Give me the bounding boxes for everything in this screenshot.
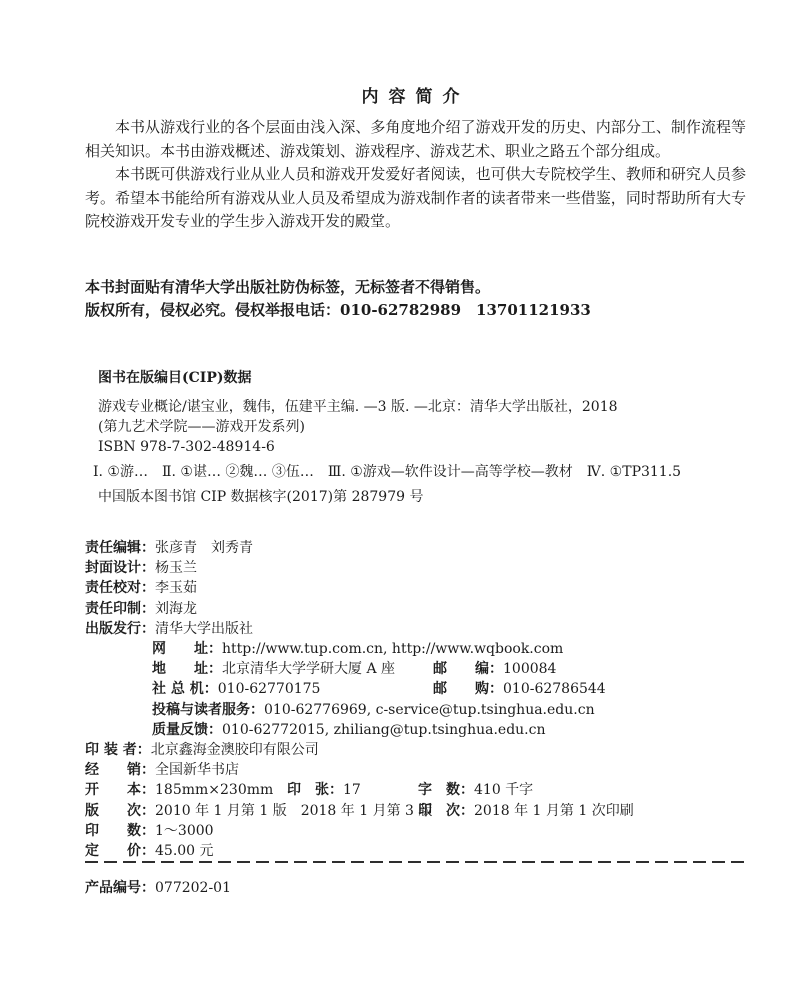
row-value: 2010 年 1 月第 1 版 2018 年 1 月第 3 版 [155,803,432,819]
mail-order-segment: 邮 购：010-62786544 [433,679,606,699]
row-value: 北京鑫海金澳胶印有限公司 [151,742,319,758]
colophon-row-publisher: 出版发行：清华大学出版社 [85,619,765,639]
row-label: 质量反馈： [152,722,222,738]
row-label: 社 总 机： [152,681,218,697]
colophon-row-cover-design: 封面设计：杨玉兰 [85,558,765,578]
postcode-segment: 邮 编：100084 [433,659,556,679]
colophon-row-proofreader: 责任校对：李玉茹 [85,578,765,598]
row-value: 刘海龙 [155,601,197,617]
colophon-row-price: 定 价：45.00 元 [85,841,765,861]
row-label: 开 本： [85,782,155,798]
row-value: 1～3000 [155,823,214,839]
word-count-segment: 字 数：410 千字 [418,780,533,800]
row-value: 张彦青 刘秀青 [155,540,253,556]
row-label: 印 张： [287,782,343,798]
colophon-row-edition: 版 次：2010 年 1 月第 1 版 2018 年 1 月第 3 版印 次：2… [85,801,765,821]
row-label: 出版发行： [85,621,155,637]
row-label: 责任编辑： [85,540,155,556]
colophon-block: 责任编辑：张彦青 刘秀青 封面设计：杨玉兰 责任校对：李玉茹 责任印制：刘海龙 … [85,538,765,861]
cip-classification: Ⅰ. ①游… Ⅱ. ①谌… ②魏… ③伍… Ⅲ. ①游戏—软件设计—高等学校—教… [93,462,681,482]
row-value: 010-62776969, c-service@tup.tsinghua.edu… [264,702,595,718]
copyright-page: 内容简介 本书从游戏行业的各个层面由浅入深、多角度地介绍了游戏开发的历史、内部分… [0,0,804,1000]
row-value: 010-62770175 [218,681,321,697]
product-number-line: 产品编号：077202-01 [85,878,231,898]
row-value: 2018 年 1 月第 1 次印刷 [474,803,634,819]
row-label: 邮 编： [433,661,503,677]
row-label: 印 数： [85,823,155,839]
impression-segment: 印 次：2018 年 1 月第 1 次印刷 [418,801,634,821]
row-label: 责任校对： [85,580,155,596]
row-label: 印 装 者： [85,742,151,758]
row-value: 17 [343,782,361,798]
row-label: 邮 购： [433,681,503,697]
row-value: 410 千字 [474,782,533,798]
anti-piracy-notice: 本书封面贴有清华大学出版社防伪标签，无标签者不得销售。 版权所有，侵权必究。侵权… [85,276,746,322]
row-label: 地 址： [152,661,222,677]
intro-paragraph-2: 本书既可供游戏行业从业人员和游戏开发爱好者阅读，也可供大专院校学生、教师和研究人… [85,163,746,234]
row-value: 全国新华书店 [155,762,239,778]
section-title: 内容简介 [85,82,746,107]
colophon-row-distributor: 经 销：全国新华书店 [85,760,765,780]
row-value: 李玉茹 [155,580,197,596]
colophon-row-editor: 责任编辑：张彦青 刘秀青 [85,538,765,558]
website-urls: http://www.tup.com.cn, http://www.wqbook… [222,641,563,657]
row-label: 网 址： [152,641,222,657]
cip-record-number: 中国版本图书馆 CIP 数据核字(2017)第 287979 号 [98,487,423,507]
colophon-row-switchboard: 社 总 机：010-62770175邮 购：010-62786544 [85,679,765,699]
product-number-label: 产品编号： [85,880,155,896]
intro-paragraph-1: 本书从游戏行业的各个层面由浅入深、多角度地介绍了游戏开发的历史、内部分工、制作流… [85,116,746,163]
cip-series-line: (第九艺术学院——游戏开发系列) [98,417,305,437]
row-value: 185mm×230mm [155,782,273,798]
row-label: 投稿与读者服务： [152,702,264,718]
cip-header: 图书在版编目(CIP)数据 [98,368,251,388]
row-value: 100084 [503,661,556,677]
row-value: 北京清华大学学研大厦 A 座 [222,661,395,677]
sheets-segment: 印 张：17 [287,780,361,800]
row-label: 版 次： [85,803,155,819]
row-value: 45.00 元 [155,843,214,859]
colophon-row-reader-service: 投稿与读者服务：010-62776969, c-service@tup.tsin… [85,700,765,720]
product-number-value: 077202-01 [155,880,231,896]
colophon-row-address: 地 址：北京清华大学学研大厦 A 座邮 编：100084 [85,659,765,679]
colophon-row-printer: 印 装 者：北京鑫海金澳胶印有限公司 [85,740,765,760]
colophon-row-quality-feedback: 质量反馈：010-62772015, zhiliang@tup.tsinghua… [85,720,765,740]
row-label: 封面设计： [85,560,155,576]
row-value: 清华大学出版社 [155,621,253,637]
row-value: 010-62786544 [503,681,606,697]
notice-line-2: 版权所有，侵权必究。侵权举报电话：010-62782989 1370112193… [85,299,746,322]
colophon-row-print-supervisor: 责任印制：刘海龙 [85,599,765,619]
intro-paragraphs: 本书从游戏行业的各个层面由浅入深、多角度地介绍了游戏开发的历史、内部分工、制作流… [85,116,746,234]
colophon-row-print-run: 印 数：1～3000 [85,821,765,841]
row-label: 字 数： [418,782,474,798]
row-label: 定 价： [85,843,155,859]
colophon-row-format: 开 本：185mm×230mm印 张：17字 数：410 千字 [85,780,765,800]
cip-isbn: ISBN 978-7-302-48914-6 [98,437,275,457]
row-label: 责任印制： [85,601,155,617]
row-value: 010-62772015, zhiliang@tup.tsinghua.edu.… [222,722,545,738]
row-label: 经 销： [85,762,155,778]
notice-line-1: 本书封面贴有清华大学出版社防伪标签，无标签者不得销售。 [85,276,746,299]
row-label: 印 次： [418,803,474,819]
colophon-row-website: 网 址：http://www.tup.com.cn, http://www.wq… [85,639,765,659]
divider-dashed [85,861,746,863]
cip-title-line: 游戏专业概论/谌宝业，魏伟，伍建平主编. —3 版. —北京：清华大学出版社，2… [98,397,618,417]
row-value: 杨玉兰 [155,560,197,576]
